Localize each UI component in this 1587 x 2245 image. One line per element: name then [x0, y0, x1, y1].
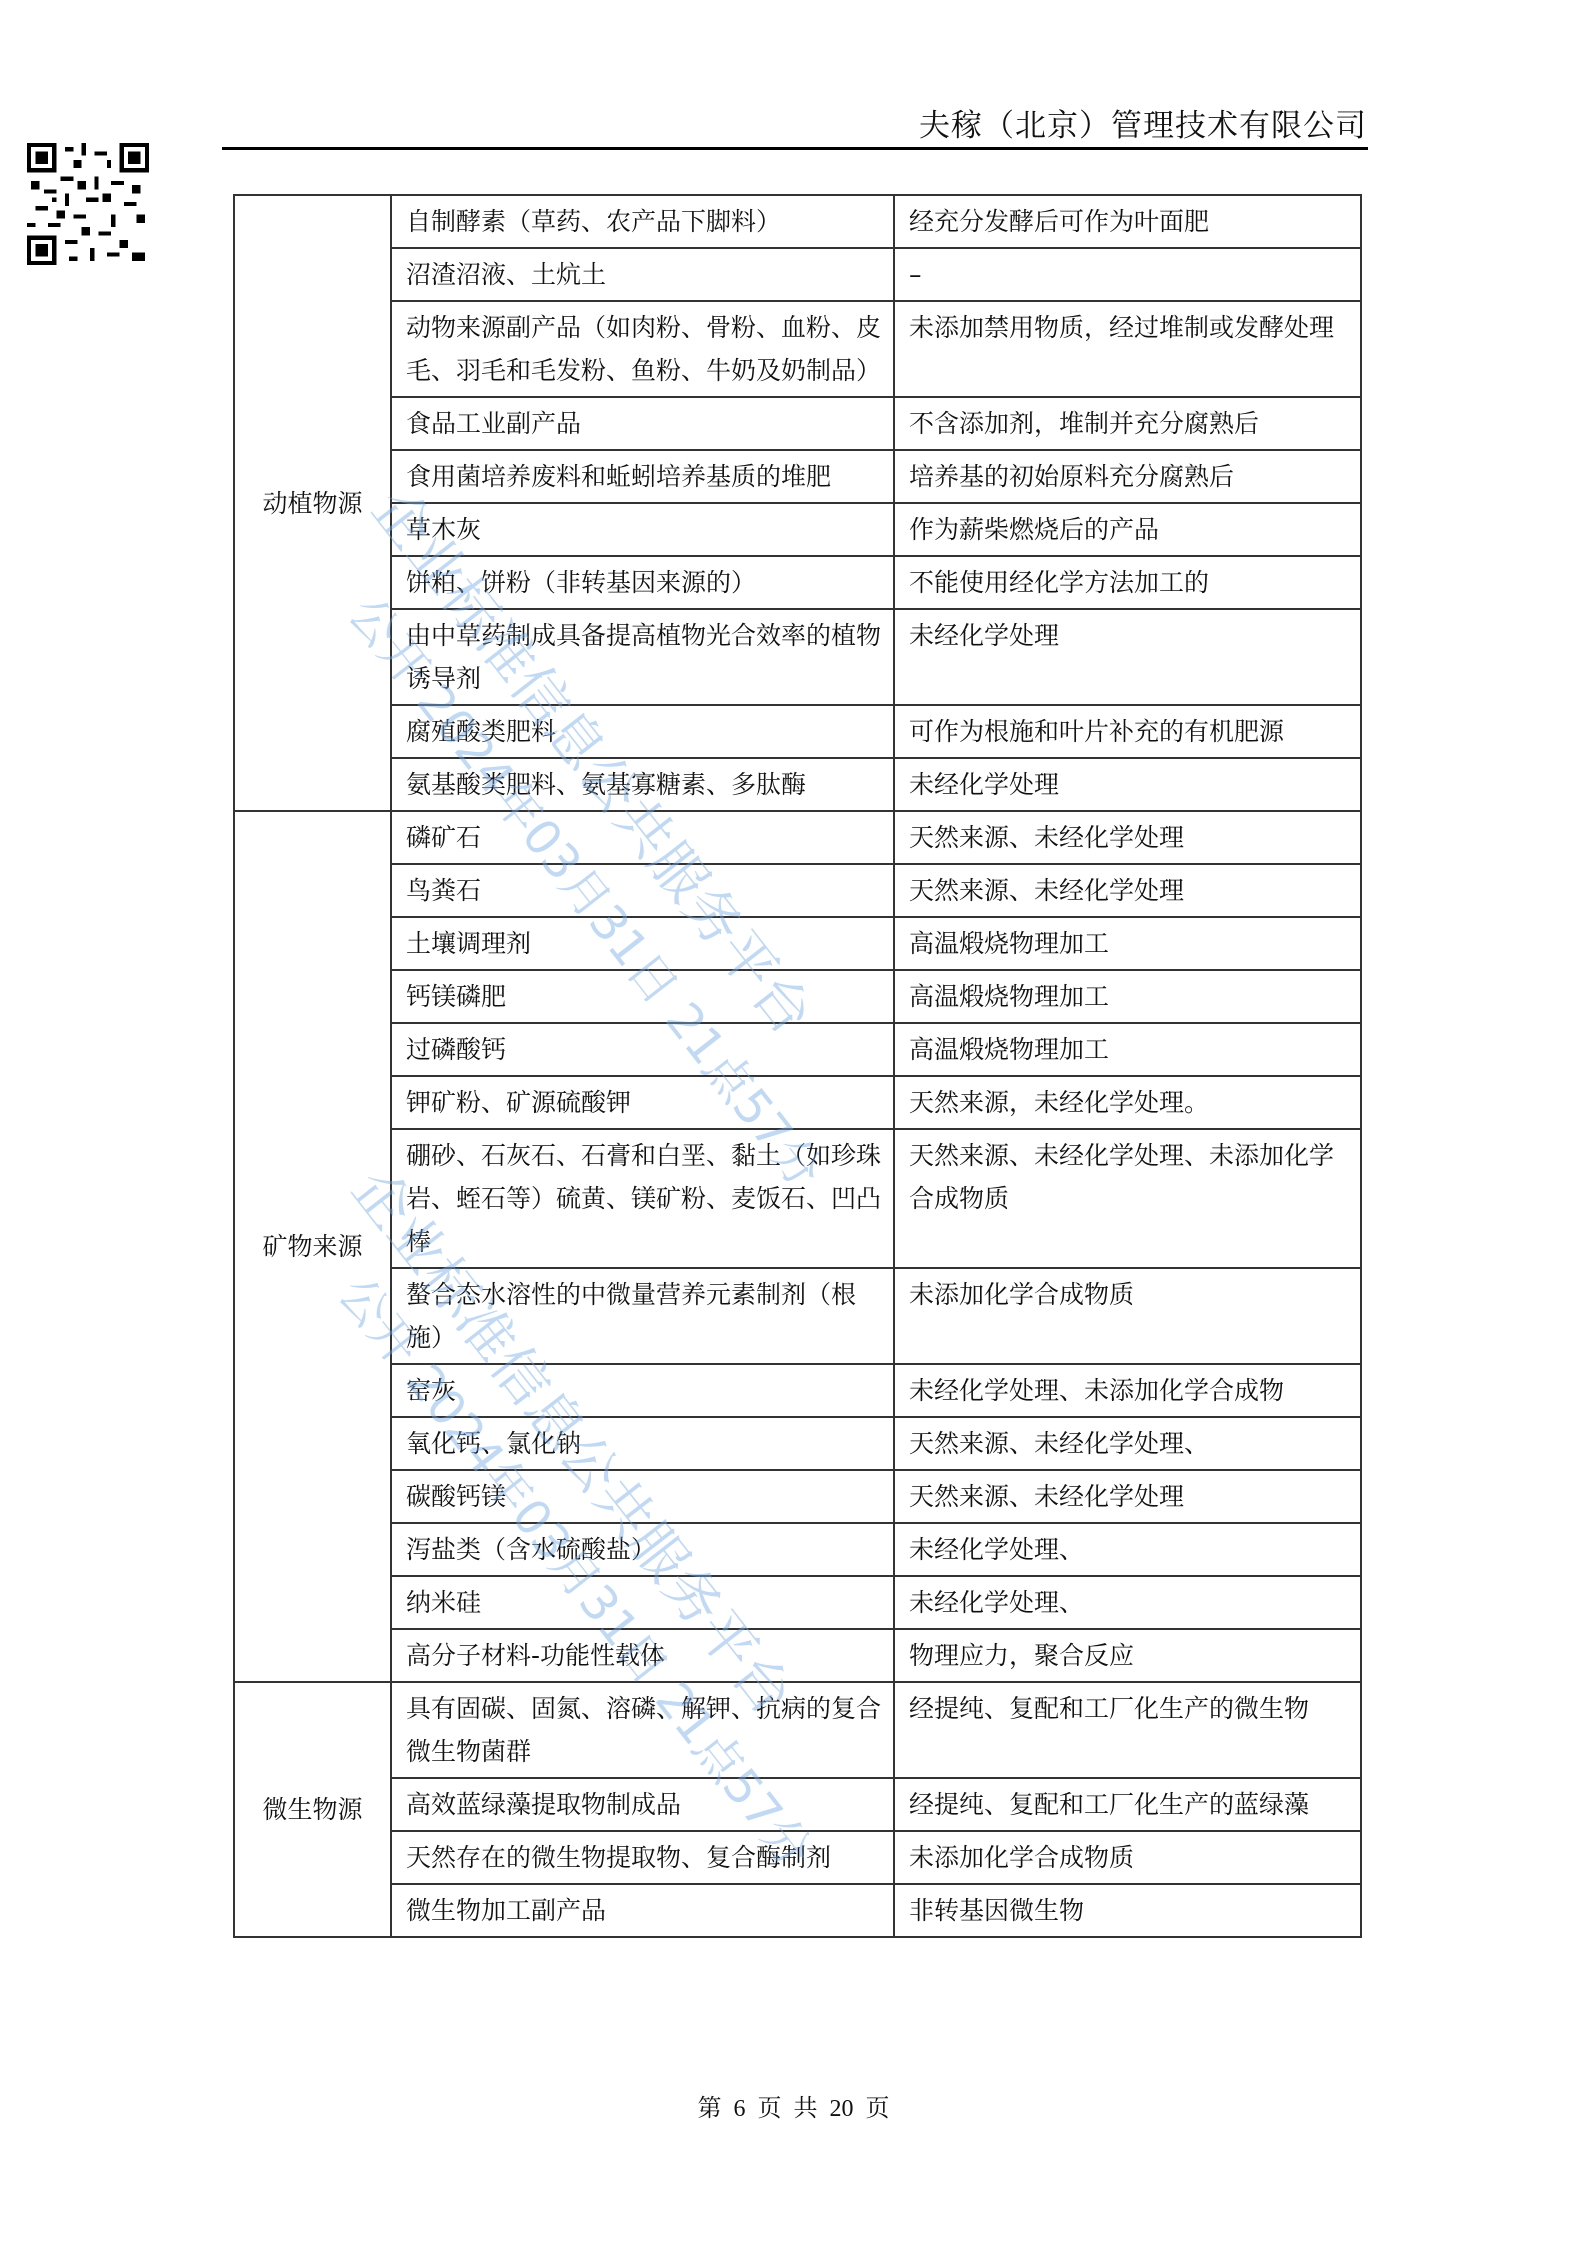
page-number: 第 6 页 共 20 页 [0, 2088, 1587, 2123]
table-row: 钾矿粉、矿源硫酸钾天然来源，未经化学处理。 [234, 1076, 1361, 1129]
condition-cell: 天然来源、未经化学处理、 [894, 1417, 1361, 1470]
item-cell: 磷矿石 [391, 811, 894, 864]
condition-cell: 高温煅烧物理加工 [894, 917, 1361, 970]
item-cell: 草木灰 [391, 503, 894, 556]
item-cell: 纳米硅 [391, 1576, 894, 1629]
item-cell: 氧化钙、氯化钠 [391, 1417, 894, 1470]
condition-cell: 高温煅烧物理加工 [894, 970, 1361, 1023]
table-row: 碳酸钙镁天然来源、未经化学处理 [234, 1470, 1361, 1523]
table-row: 由中草药制成具备提高植物光合效率的植物诱导剂未经化学处理 [234, 609, 1361, 705]
condition-cell: 未添加化学合成物质 [894, 1268, 1361, 1364]
table-row: 饼粕、饼粉（非转基因来源的）不能使用经化学方法加工的 [234, 556, 1361, 609]
item-cell: 沼渣沼液、土炕土 [391, 248, 894, 301]
table-row: 窑灰未经化学处理、未添加化学合成物 [234, 1364, 1361, 1417]
table-row: 氧化钙、氯化钠天然来源、未经化学处理、 [234, 1417, 1361, 1470]
item-cell: 高效蓝绿藻提取物制成品 [391, 1778, 894, 1831]
item-cell: 泻盐类（含水硫酸盐） [391, 1523, 894, 1576]
condition-cell: 高温煅烧物理加工 [894, 1023, 1361, 1076]
table-row: 腐殖酸类肥料可作为根施和叶片补充的有机肥源 [234, 705, 1361, 758]
table-row: 沼渣沼液、土炕土– [234, 248, 1361, 301]
condition-cell: 未经化学处理、 [894, 1523, 1361, 1576]
table-row: 矿物来源磷矿石天然来源、未经化学处理 [234, 811, 1361, 864]
table-row: 动植物源自制酵素（草药、农产品下脚料）经充分发酵后可作为叶面肥 [234, 195, 1361, 248]
item-cell: 腐殖酸类肥料 [391, 705, 894, 758]
condition-cell: 培养基的初始原料充分腐熟后 [894, 450, 1361, 503]
condition-cell: 非转基因微生物 [894, 1884, 1361, 1937]
condition-cell: 未添加化学合成物质 [894, 1831, 1361, 1884]
table-row: 动物来源副产品（如肉粉、骨粉、血粉、皮毛、羽毛和毛发粉、鱼粉、牛奶及奶制品）未添… [234, 301, 1361, 397]
materials-table: 动植物源自制酵素（草药、农产品下脚料）经充分发酵后可作为叶面肥沼渣沼液、土炕土–… [233, 194, 1362, 1938]
condition-cell: 未添加禁用物质，经过堆制或发酵处理 [894, 301, 1361, 397]
item-cell: 硼砂、石灰石、石膏和白垩、黏土（如珍珠岩、蛭石等）硫黄、镁矿粉、麦饭石、凹凸棒 [391, 1129, 894, 1268]
table-row: 草木灰作为薪柴燃烧后的产品 [234, 503, 1361, 556]
item-cell: 饼粕、饼粉（非转基因来源的） [391, 556, 894, 609]
condition-cell: 经提纯、复配和工厂化生产的蓝绿藻 [894, 1778, 1361, 1831]
condition-cell: 经提纯、复配和工厂化生产的微生物 [894, 1682, 1361, 1778]
table-row: 高分子材料-功能性载体物理应力，聚合反应 [234, 1629, 1361, 1682]
table-row: 高效蓝绿藻提取物制成品经提纯、复配和工厂化生产的蓝绿藻 [234, 1778, 1361, 1831]
item-cell: 钾矿粉、矿源硫酸钾 [391, 1076, 894, 1129]
table-row: 过磷酸钙高温煅烧物理加工 [234, 1023, 1361, 1076]
table-row: 氨基酸类肥料、氨基寡糖素、多肽酶未经化学处理 [234, 758, 1361, 811]
table-row: 硼砂、石灰石、石膏和白垩、黏土（如珍珠岩、蛭石等）硫黄、镁矿粉、麦饭石、凹凸棒天… [234, 1129, 1361, 1268]
item-cell: 食品工业副产品 [391, 397, 894, 450]
table-row: 泻盐类（含水硫酸盐）未经化学处理、 [234, 1523, 1361, 1576]
condition-cell: 未经化学处理、 [894, 1576, 1361, 1629]
condition-cell: 作为薪柴燃烧后的产品 [894, 503, 1361, 556]
condition-cell: 天然来源、未经化学处理 [894, 864, 1361, 917]
condition-cell: 天然来源、未经化学处理 [894, 1470, 1361, 1523]
item-cell: 微生物加工副产品 [391, 1884, 894, 1937]
condition-cell: 不能使用经化学方法加工的 [894, 556, 1361, 609]
condition-cell: 未经化学处理、未添加化学合成物 [894, 1364, 1361, 1417]
table-row: 纳米硅未经化学处理、 [234, 1576, 1361, 1629]
condition-cell: 可作为根施和叶片补充的有机肥源 [894, 705, 1361, 758]
item-cell: 钙镁磷肥 [391, 970, 894, 1023]
table-row: 螯合态水溶性的中微量营养元素制剂（根施）未添加化学合成物质 [234, 1268, 1361, 1364]
condition-cell: 天然来源、未经化学处理 [894, 811, 1361, 864]
item-cell: 自制酵素（草药、农产品下脚料） [391, 195, 894, 248]
table-row: 食用菌培养废料和蚯蚓培养基质的堆肥培养基的初始原料充分腐熟后 [234, 450, 1361, 503]
condition-cell: 物理应力，聚合反应 [894, 1629, 1361, 1682]
item-cell: 氨基酸类肥料、氨基寡糖素、多肽酶 [391, 758, 894, 811]
table-row: 微生物源具有固碳、固氮、溶磷、解钾、抗病的复合微生物菌群经提纯、复配和工厂化生产… [234, 1682, 1361, 1778]
category-cell: 矿物来源 [234, 811, 391, 1682]
table-row: 微生物加工副产品非转基因微生物 [234, 1884, 1361, 1937]
qr-code-icon [27, 143, 149, 265]
condition-cell: 经充分发酵后可作为叶面肥 [894, 195, 1361, 248]
header-divider [222, 147, 1368, 150]
item-cell: 鸟粪石 [391, 864, 894, 917]
item-cell: 天然存在的微生物提取物、复合酶制剂 [391, 1831, 894, 1884]
condition-cell: 未经化学处理 [894, 609, 1361, 705]
table-row: 钙镁磷肥高温煅烧物理加工 [234, 970, 1361, 1023]
item-cell: 碳酸钙镁 [391, 1470, 894, 1523]
item-cell: 过磷酸钙 [391, 1023, 894, 1076]
item-cell: 高分子材料-功能性载体 [391, 1629, 894, 1682]
condition-cell: – [894, 248, 1361, 301]
condition-cell: 天然来源、未经化学处理、未添加化学合成物质 [894, 1129, 1361, 1268]
table-row: 鸟粪石天然来源、未经化学处理 [234, 864, 1361, 917]
item-cell: 食用菌培养废料和蚯蚓培养基质的堆肥 [391, 450, 894, 503]
category-cell: 动植物源 [234, 195, 391, 811]
table-row: 食品工业副产品不含添加剂，堆制并充分腐熟后 [234, 397, 1361, 450]
condition-cell: 不含添加剂，堆制并充分腐熟后 [894, 397, 1361, 450]
item-cell: 具有固碳、固氮、溶磷、解钾、抗病的复合微生物菌群 [391, 1682, 894, 1778]
item-cell: 动物来源副产品（如肉粉、骨粉、血粉、皮毛、羽毛和毛发粉、鱼粉、牛奶及奶制品） [391, 301, 894, 397]
condition-cell: 天然来源，未经化学处理。 [894, 1076, 1361, 1129]
table-row: 土壤调理剂高温煅烧物理加工 [234, 917, 1361, 970]
item-cell: 土壤调理剂 [391, 917, 894, 970]
item-cell: 由中草药制成具备提高植物光合效率的植物诱导剂 [391, 609, 894, 705]
category-cell: 微生物源 [234, 1682, 391, 1937]
condition-cell: 未经化学处理 [894, 758, 1361, 811]
item-cell: 窑灰 [391, 1364, 894, 1417]
company-header: 夫稼（北京）管理技术有限公司 [919, 100, 1367, 145]
table-row: 天然存在的微生物提取物、复合酶制剂未添加化学合成物质 [234, 1831, 1361, 1884]
item-cell: 螯合态水溶性的中微量营养元素制剂（根施） [391, 1268, 894, 1364]
